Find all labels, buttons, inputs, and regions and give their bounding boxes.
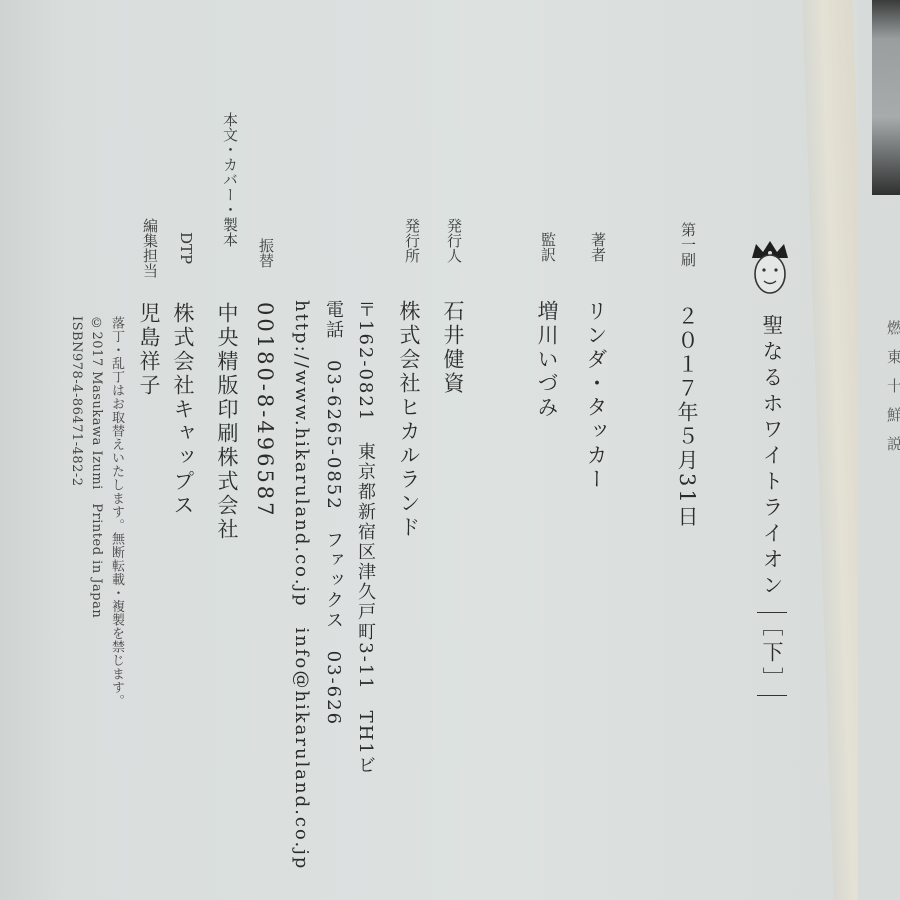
- transfer-number: 00180-8-496587: [254, 302, 275, 519]
- copyright-text: ©2017 Masukawa Izumi Printed in Japan: [90, 316, 103, 618]
- book-title-text: 聖なるホワイトライオン: [760, 314, 784, 600]
- transfer-label: 振替: [258, 238, 273, 268]
- editor-label: 編集担当: [142, 218, 157, 278]
- notice-text: 落丁・乱丁はお取替えいたします。無断転載・複製を禁じます。: [110, 316, 123, 708]
- printing-company: 中央精版印刷株式会社: [216, 302, 237, 542]
- book-title: 聖なるホワイトライオン ［下］: [757, 314, 787, 696]
- publisher-web[interactable]: http://www.hikaruland.co.jp info@hikarul…: [292, 300, 310, 870]
- printing-label: 本文・カバー・製本: [222, 112, 237, 247]
- publisher-office-name: 株式会社ヒカルランド: [398, 300, 419, 540]
- publisher-person-name: 石井健資: [442, 300, 463, 396]
- publisher-address: 〒162-0821 東京都新宿区津久戸町3-11 TH1ビ: [356, 300, 374, 776]
- author-label: 著者: [590, 232, 605, 262]
- crowned-face-icon: [748, 240, 792, 298]
- edition-date: ２０１７年５月31日: [676, 305, 697, 530]
- editor-name: 児島祥子: [138, 302, 159, 398]
- dtp-company: 株式会社キャップス: [172, 302, 193, 518]
- next-page-photo: [872, 0, 900, 195]
- publisher-office-label: 発行所: [404, 218, 419, 263]
- author-name: リンダ・タッカー: [585, 300, 606, 492]
- dtp-label: DTP: [178, 232, 193, 264]
- next-page-text: 燃東十鮮説: [884, 320, 900, 465]
- isbn-text: ISBN978-4-86471-482-2: [70, 316, 83, 487]
- volume-label: ［下］: [757, 612, 787, 696]
- publisher-person-label: 発行人: [446, 218, 461, 263]
- supervisor-name: 増川いづみ: [536, 300, 557, 420]
- supervisor-label: 監訳: [540, 232, 555, 262]
- publisher-phone: 電話 03-6265-0852 ファックス 03-626: [324, 300, 342, 726]
- edition-label: 第一刷: [680, 222, 695, 267]
